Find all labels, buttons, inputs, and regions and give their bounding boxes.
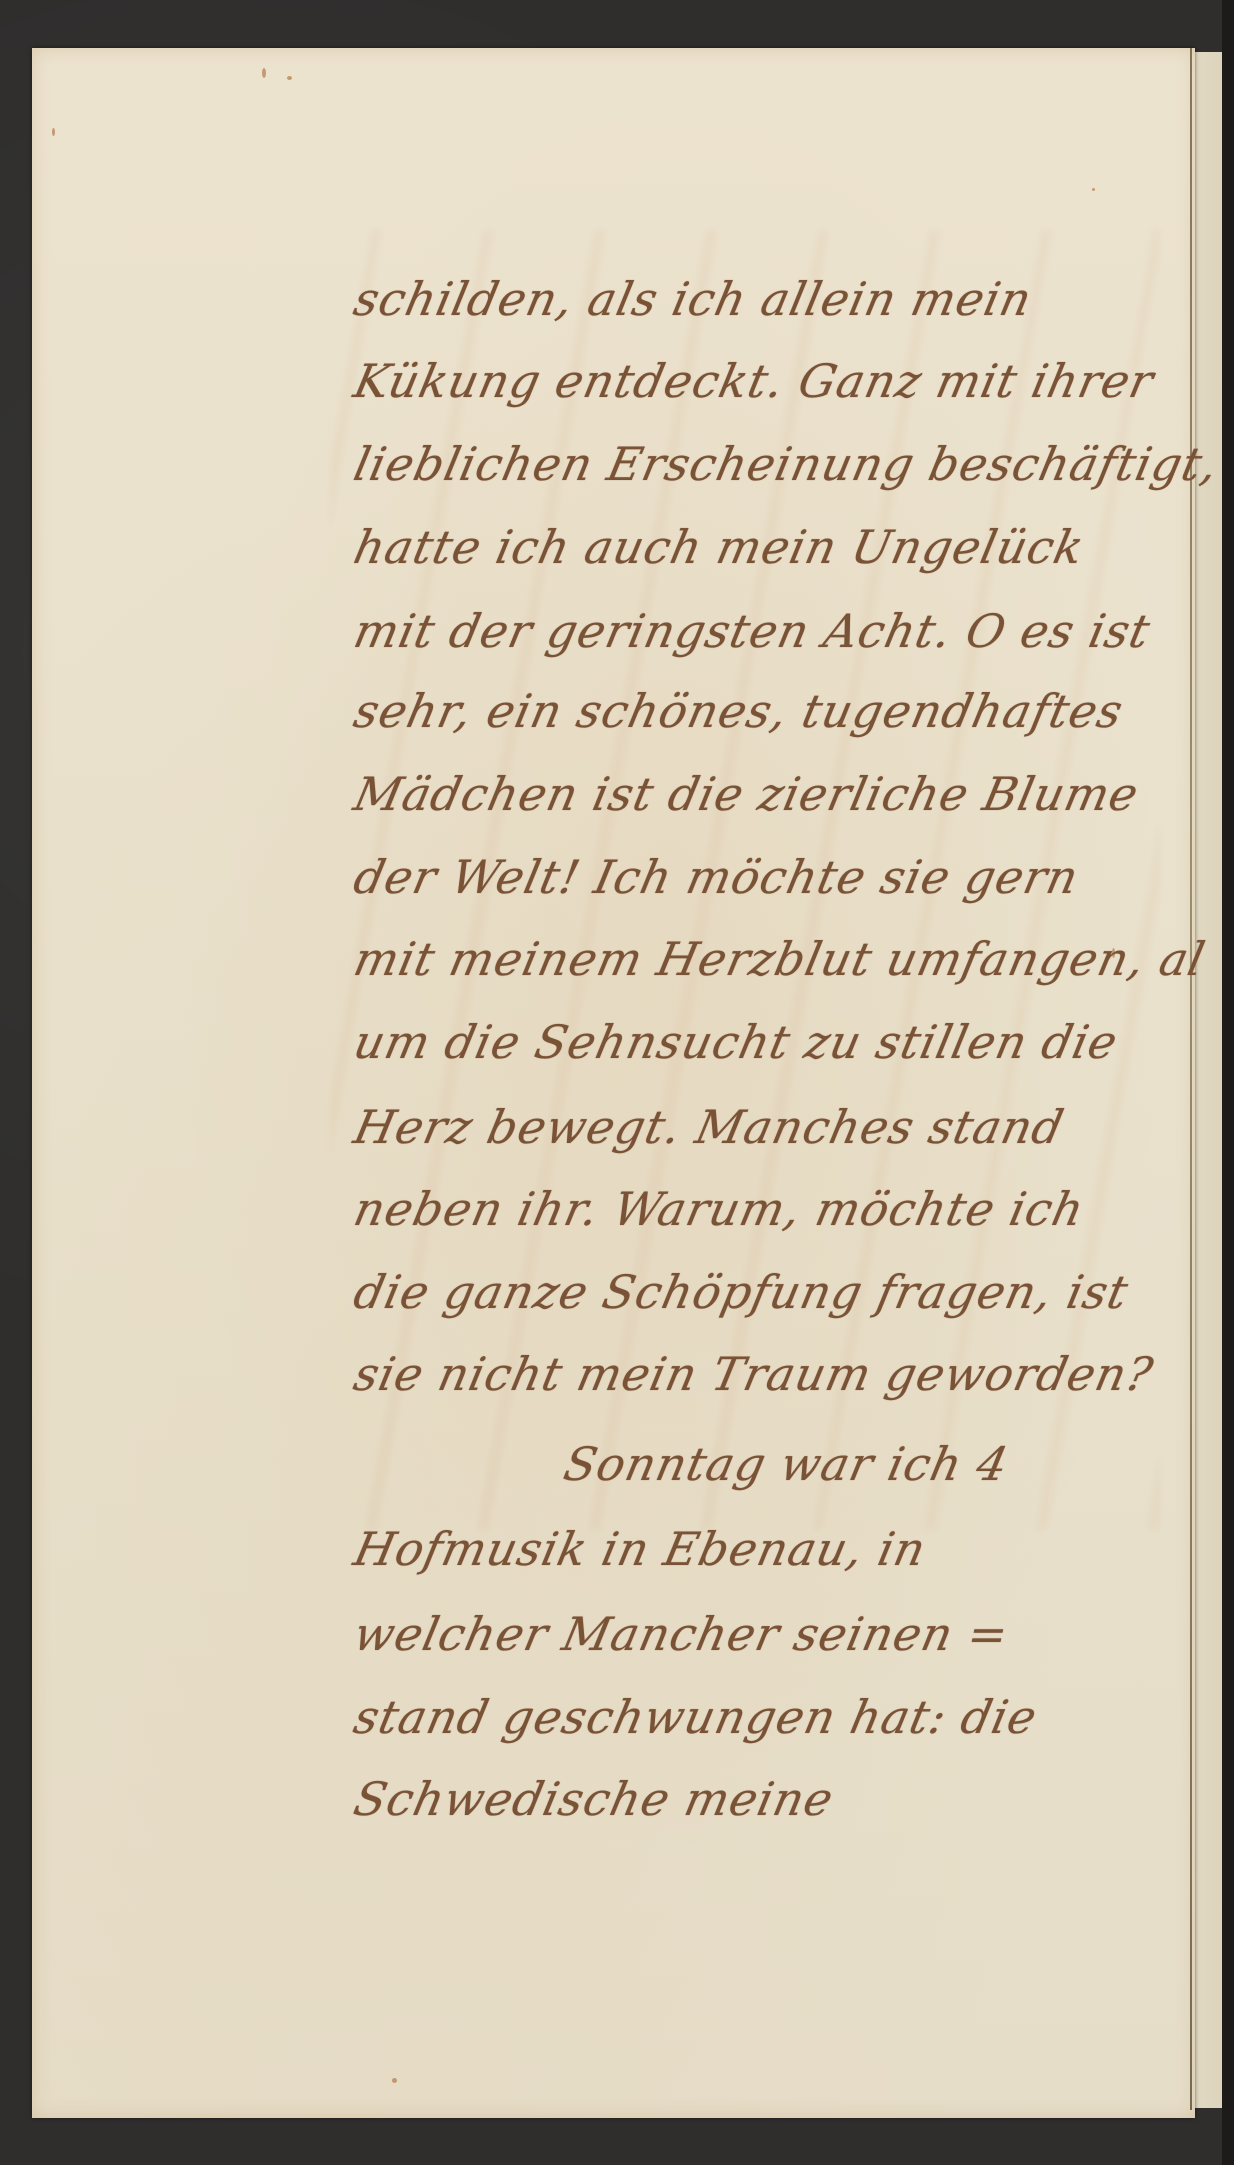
text-line: stand geschwungen hat: die: [349, 1690, 1042, 1744]
text-line: mit der geringsten Acht. O es ist: [349, 604, 1155, 658]
text-line: Kükung entdeckt. Ganz mit ihrer: [349, 354, 1159, 408]
text-line: der Welt! Ich möchte sie gern: [349, 850, 1083, 904]
text-line: lieblichen Erscheinung beschäftigt,: [349, 437, 1223, 491]
text-line: Herz bewegt. Manches stand: [349, 1100, 1069, 1154]
adjacent-page-edge: [1192, 52, 1222, 2108]
text-line: mit meinem Herzblut umfangen, al: [349, 932, 1210, 986]
text-line: Hofmusik in Ebenau, in: [349, 1522, 931, 1576]
text-line: neben ihr. Warum, möchte ich: [349, 1182, 1089, 1236]
text-line: Schwedische meine: [349, 1772, 838, 1826]
text-line: Mädchen ist die zierliche Blume: [349, 767, 1144, 821]
text-line: hatte ich auch mein Ungelück: [349, 520, 1089, 574]
text-line: die ganze Schöpfung fragen, ist: [349, 1265, 1133, 1319]
text-line-indented: Sonntag war ich 4: [559, 1437, 1013, 1491]
text-line: um die Sehnsucht zu stillen die: [349, 1015, 1123, 1069]
text-line: sehr, ein schönes, tugendhaftes: [349, 684, 1128, 738]
text-line: welcher Mancher seinen =: [349, 1607, 1014, 1661]
text-line: schilden, als ich allein mein: [349, 272, 1037, 326]
text-line: sie nicht mein Traum geworden?: [349, 1347, 1158, 1401]
page-gutter-fold: [1190, 48, 1192, 2110]
book-binding-edge: [1222, 0, 1234, 2165]
